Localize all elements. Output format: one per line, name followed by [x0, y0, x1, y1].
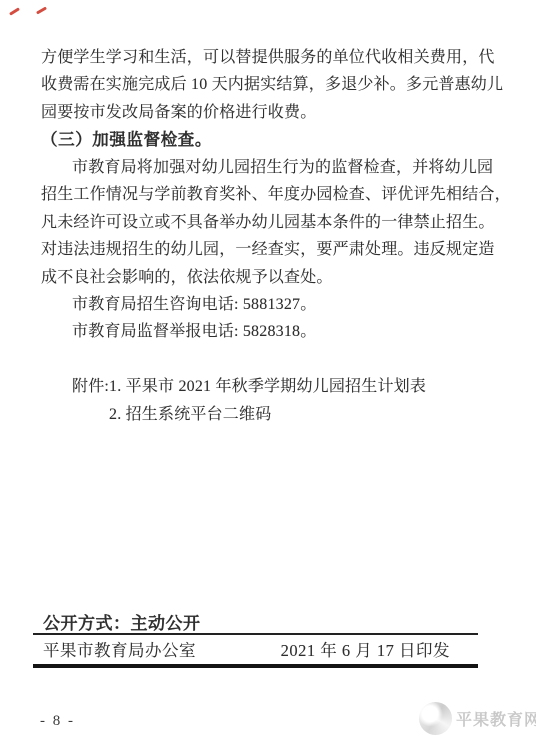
issuer-row: 平果市教育局办公室 2021 年 6 月 17 日印发 — [33, 641, 478, 661]
body-line: 凡未经许可设立或不具备举办幼儿园基本条件的一律禁止招生。 — [41, 209, 497, 236]
attachment-line-2: 2. 招生系统平台二维码 — [41, 401, 497, 428]
body-line: 对违法违规招生的幼儿园，一经查实，要严肃处理。违反规定造 — [41, 236, 497, 263]
body-line: 方便学生学习和生活，可以替提供服务的单位代收相关费用，代 — [41, 44, 497, 71]
phone-line-report: 市教育局监督举报电话: 5828318。 — [41, 318, 497, 345]
section-heading: （三）加强监督检查。 — [41, 126, 497, 153]
divider-thick — [33, 664, 478, 668]
body-line: 收费需在实施完成后 10 天内据实结算，多退少补。多元普惠幼儿 — [41, 71, 497, 98]
publicity-method: 公开方式：主动公开 — [43, 609, 201, 634]
document-page: { "document": { "para1_lines": [ "方便学生学习… — [0, 0, 536, 745]
body-line: 市教育局将加强对幼儿园招生行为的监督检查，并将幼儿园 — [41, 154, 497, 181]
phone-line-consult: 市教育局招生咨询电话: 5881327。 — [41, 291, 497, 318]
page-number: - 8 - — [40, 711, 75, 731]
body-line: 成不良社会影响的，依法依规予以查处。 — [41, 264, 497, 291]
blank-line — [41, 346, 497, 373]
pingguo-education-logo-icon — [419, 702, 452, 735]
watermark-text: 平果教育网 — [456, 707, 536, 730]
issuer-office: 平果市教育局办公室 — [43, 641, 196, 661]
site-watermark: 平果教育网 — [419, 702, 536, 735]
red-mark-icon — [36, 6, 47, 14]
body-line: 招生工作情况与学前教育奖补、年度办园检查、评优评先相结合， — [41, 181, 497, 208]
red-mark-icon — [9, 7, 20, 15]
document-body: 方便学生学习和生活，可以替提供服务的单位代收相关费用，代 收费需在实施完成后 1… — [41, 44, 497, 428]
divider-thin — [33, 633, 478, 635]
print-date: 2021 年 6 月 17 日印发 — [281, 641, 450, 661]
body-line: 园要按市发改局备案的价格进行收费。 — [41, 99, 497, 126]
attachment-line-1: 附件:1. 平果市 2021 年秋季学期幼儿园招生计划表 — [41, 373, 497, 400]
